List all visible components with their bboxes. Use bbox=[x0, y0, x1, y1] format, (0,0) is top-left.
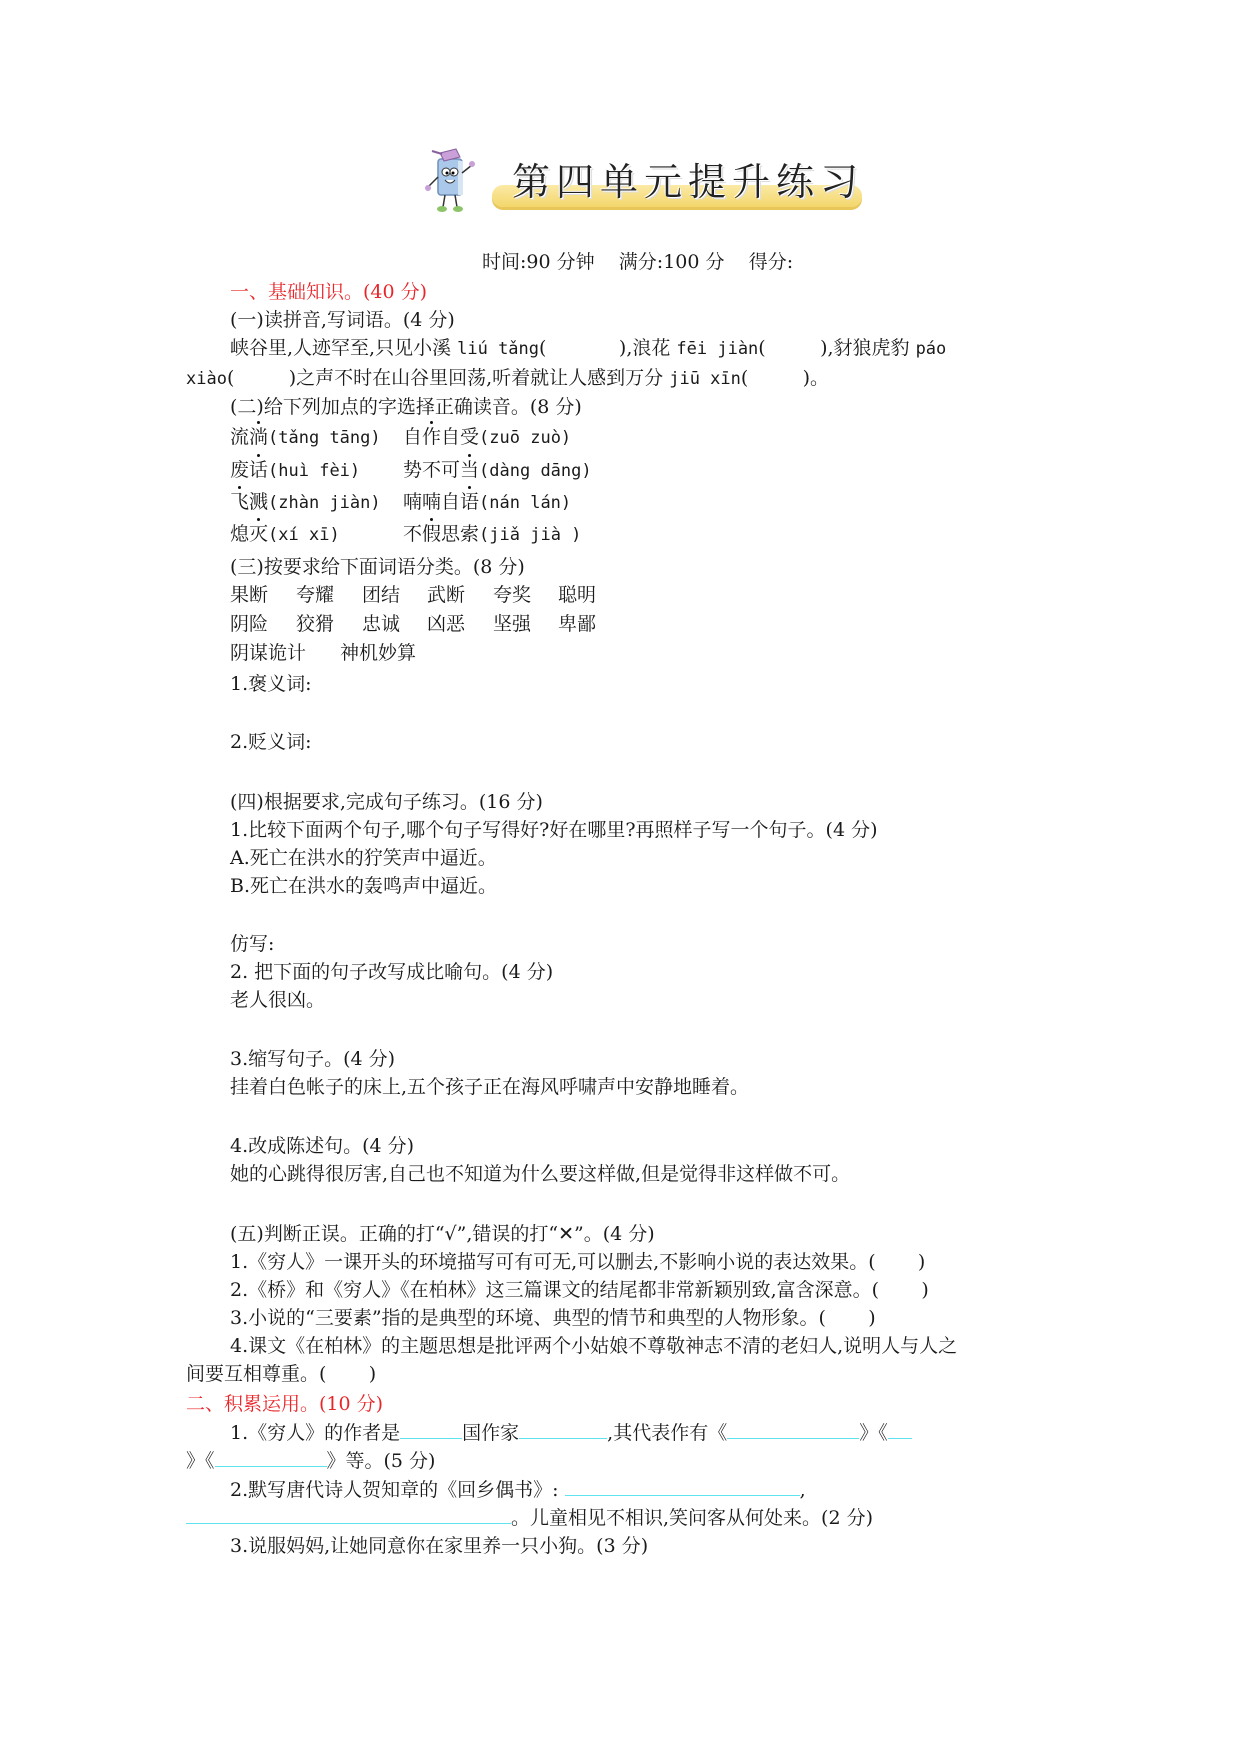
pinyin-liu-tang: liú tǎng bbox=[457, 339, 539, 359]
time-limit: 时间:90 分钟 bbox=[482, 251, 595, 273]
answer-blank[interactable]: ( )之声不时在山谷里回荡,听着就让人感到万分 bbox=[227, 367, 669, 389]
word: 武断 bbox=[427, 583, 465, 607]
pinyin-jiu-xin: jiū xīn bbox=[669, 369, 741, 389]
part1-line1: 峡谷里,人迹罕至,只见小溪 liú tǎng( ),浪花 fēi jiàn( )… bbox=[230, 336, 946, 361]
part4-q3: 3.缩写句子。(4 分) bbox=[230, 1047, 395, 1071]
part1-line2: xiào( )之声不时在山谷里回荡,听着就让人感到万分 jiū xīn( )。 bbox=[186, 366, 829, 391]
pron-item[interactable]: 喃喃自语(nán lán) bbox=[403, 490, 571, 515]
part4-sentence-b: B.死亡在洪水的轰鸣声中逼近。 bbox=[230, 874, 497, 898]
section2-q1-line2: 》《》等。(5 分) bbox=[186, 1448, 435, 1473]
judge-item[interactable]: 2.《桥》和《穷人》《在柏林》这三篇课文的结尾都非常新颖别致,富含深意。( ) bbox=[230, 1278, 929, 1302]
imitate-prompt[interactable]: 仿写: bbox=[230, 932, 274, 956]
pron-item[interactable]: 熄灭(xí xī) bbox=[230, 522, 340, 547]
work-title-blank[interactable] bbox=[727, 1420, 859, 1439]
part2-heading: (二)给下列加点的字选择正确读音。(8 分) bbox=[230, 395, 582, 419]
word: 凶恶 bbox=[427, 612, 465, 636]
part4-q2: 2. 把下面的句子改写成比喻句。(4 分) bbox=[230, 960, 553, 984]
answer-blank[interactable]: ( )。 bbox=[741, 367, 829, 389]
pron-item[interactable]: 自作自受(zuō zuò) bbox=[403, 425, 571, 450]
judge-item[interactable]: 3.小说的“三要素”指的是典型的环境、典型的情节和典型的人物形象。( ) bbox=[230, 1306, 876, 1330]
part4-q4: 4.改成陈述句。(4 分) bbox=[230, 1134, 414, 1158]
section2-heading: 二、积累运用。(10 分) bbox=[186, 1392, 383, 1416]
judge-item-continuation[interactable]: 间要互相尊重。( ) bbox=[186, 1362, 376, 1386]
part1-heading: (一)读拼音,写词语。(4 分) bbox=[230, 308, 455, 332]
section2-q2-line2: 。儿童相见不相识,笑问客从何处来。(2 分) bbox=[186, 1505, 873, 1530]
pinyin-pao: páo bbox=[916, 339, 947, 359]
work-title-blank[interactable] bbox=[215, 1448, 327, 1467]
section2-q2-line1: 2.默写唐代诗人贺知章的《回乡偶书》: , bbox=[230, 1477, 806, 1502]
part4-sentence-a: A.死亡在洪水的狞笑声中逼近。 bbox=[230, 846, 497, 870]
section2-q1-line1: 1.《穷人》的作者是国作家,其代表作有《》《 bbox=[230, 1420, 912, 1445]
full-score: 满分:100 分 bbox=[619, 251, 725, 273]
pron-item[interactable]: 不假思索(jiǎ jià ) bbox=[403, 522, 581, 547]
judge-item[interactable]: 1.《穷人》一课开头的环境描写可有可无,可以删去,不影响小说的表达效果。( ) bbox=[230, 1250, 925, 1274]
answer-blank[interactable]: ( ),豺狼虎豹 bbox=[758, 337, 915, 359]
commendatory-words-prompt[interactable]: 1.褒义词: bbox=[230, 672, 312, 696]
part5-heading: (五)判断正误。正确的打“√”,错误的打“✕”。(4 分) bbox=[230, 1222, 655, 1246]
derogatory-words-prompt[interactable]: 2.贬义词: bbox=[230, 730, 312, 754]
word: 团结 bbox=[362, 583, 400, 607]
pinyin-xiao: xiào bbox=[186, 369, 227, 389]
word: 忠诚 bbox=[362, 612, 400, 636]
page-title-banner: 第四单元提升练习 bbox=[420, 145, 870, 215]
word: 夸耀 bbox=[296, 583, 334, 607]
pron-item[interactable]: 飞溅(zhàn jiàn) bbox=[230, 490, 381, 515]
pron-item[interactable]: 势不可当(dàng dāng) bbox=[403, 458, 592, 483]
part4-q2-text: 老人很凶。 bbox=[230, 988, 325, 1012]
author-name-blank[interactable] bbox=[519, 1420, 607, 1439]
part3-heading: (三)按要求给下面词语分类。(8 分) bbox=[230, 555, 525, 579]
word: 聪明 bbox=[558, 583, 596, 607]
pron-item[interactable]: 废话(huì fèi) bbox=[230, 458, 360, 483]
word: 坚强 bbox=[493, 612, 531, 636]
word: 夸奖 bbox=[493, 583, 531, 607]
word: 神机妙算 bbox=[340, 641, 416, 665]
score-field: 得分: bbox=[749, 251, 793, 273]
judge-item[interactable]: 4.课文《在柏林》的主题思想是批评两个小姑娘不尊敬神志不清的老妇人,说明人与人之 bbox=[230, 1334, 957, 1358]
part4-q3-text: 挂着白色帐子的床上,五个孩子正在海风呼啸声中安静地睡着。 bbox=[230, 1075, 749, 1099]
poem-line-blank[interactable] bbox=[565, 1477, 800, 1496]
pinyin-fei-jian: fēi jiàn bbox=[676, 339, 758, 359]
page-title: 第四单元提升练习 bbox=[512, 151, 864, 206]
pron-item[interactable]: 流淌(tǎng tāng) bbox=[230, 425, 381, 450]
part4-q1: 1.比较下面两个句子,哪个句子写得好?好在哪里?再照样子写一个句子。(4 分) bbox=[230, 818, 878, 842]
part4-q4-text: 她的心跳得很厉害,自己也不知道为什么要这样做,但是觉得非这样做不可。 bbox=[230, 1162, 850, 1186]
poem-line-blank[interactable] bbox=[186, 1505, 511, 1524]
word: 果断 bbox=[230, 583, 268, 607]
answer-blank[interactable]: ( ),浪花 bbox=[539, 337, 676, 359]
word: 卑鄙 bbox=[558, 612, 596, 636]
section2-q3: 3.说服妈妈,让她同意你在家里养一只小狗。(3 分) bbox=[230, 1534, 648, 1558]
exam-meta: 时间:90 分钟 满分:100 分 得分: bbox=[482, 250, 793, 274]
author-country-blank[interactable] bbox=[400, 1420, 462, 1439]
book-mascot-icon bbox=[420, 145, 480, 215]
part4-heading: (四)根据要求,完成句子练习。(16 分) bbox=[230, 790, 543, 814]
work-title-blank[interactable] bbox=[888, 1420, 912, 1439]
word: 阴谋诡计 bbox=[230, 641, 306, 665]
section1-heading: 一、基础知识。(40 分) bbox=[230, 280, 427, 304]
word: 阴险 bbox=[230, 612, 268, 636]
word: 狡猾 bbox=[296, 612, 334, 636]
